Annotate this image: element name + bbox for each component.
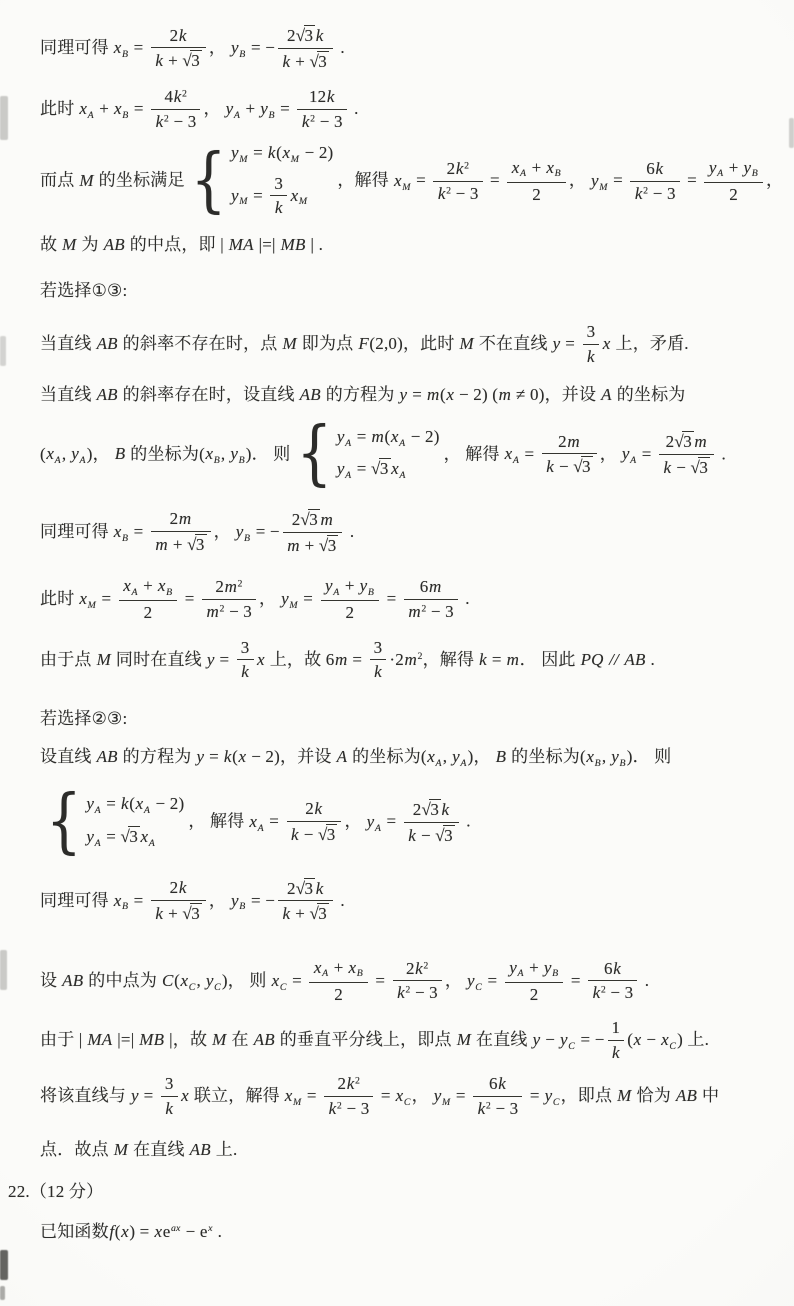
math-var: k (315, 26, 324, 45)
math-var: k (274, 198, 283, 217)
fraction: 2k2k2 − 3 (393, 959, 442, 1003)
page: 同理可得 xB = 2kk + √3， yB = −2√3kk + √3 .此时… (0, 0, 794, 1306)
math-var: x (284, 1086, 293, 1105)
math-var: x (393, 171, 402, 190)
numerator: 12k (297, 87, 346, 110)
math-var: AB (624, 650, 646, 669)
superscript: 2 (446, 185, 451, 196)
math-var: y (532, 1030, 541, 1049)
superscript: 2 (182, 88, 187, 99)
numerator: 6k (588, 959, 637, 982)
denominator: k2 − 3 (297, 110, 346, 132)
subscript: A (375, 823, 382, 834)
math-var: B (495, 747, 507, 766)
radical: √3 (296, 879, 316, 898)
subscript: M (442, 1097, 451, 1108)
math-var: m (694, 432, 707, 451)
denominator: k − √3 (659, 455, 714, 478)
math-var: x (257, 650, 266, 669)
math-var: AB (96, 747, 118, 766)
math-var: x (395, 1086, 404, 1105)
math-var: m (498, 385, 511, 404)
line-choose-2-3: 若选择②③: (40, 707, 776, 732)
math-var: x (113, 38, 122, 57)
radical-sign-icon: √ (674, 432, 682, 451)
fraction: xA + xB2 (119, 576, 178, 623)
fraction: yA + yB2 (505, 958, 564, 1005)
subscript: B (122, 533, 129, 544)
numerator: 2k (287, 799, 342, 822)
radical: √3 (318, 825, 338, 844)
line-sum-x-sum-y: 此时 xA + xB = 4k2k2 − 3， yA + yB = 12kk2 … (40, 88, 776, 132)
subscript: B (595, 758, 602, 769)
fraction: 2kk − √3 (287, 799, 342, 844)
fraction: yA + yB2 (321, 576, 380, 623)
radical: √3 (573, 457, 593, 476)
math-var: AB (103, 235, 125, 254)
denominator: 2 (321, 601, 380, 623)
numerator: 2m2 (202, 577, 256, 600)
fraction: yA + yB2 (704, 158, 763, 205)
math-var: y (205, 971, 214, 990)
radicand: 3 (195, 534, 207, 554)
math-var: k (437, 184, 446, 203)
math-var: y (543, 958, 552, 977)
radicand: 3 (327, 535, 339, 555)
subscript: A (258, 823, 265, 834)
subscript: A (520, 168, 527, 179)
math-var: x (79, 589, 88, 608)
math-var: C (162, 971, 175, 990)
math-var: x (154, 1222, 163, 1241)
subscript: B (122, 49, 129, 60)
math-var: x (180, 971, 189, 990)
superscript: 2 (238, 579, 243, 590)
radical: √3 (187, 535, 207, 554)
numerator: yA + yB (704, 158, 763, 183)
math-var: // (609, 650, 620, 669)
math-var: k (155, 51, 164, 70)
denominator: k (161, 1097, 178, 1119)
math-var: k (282, 904, 291, 923)
fraction: 2√3mk − √3 (659, 431, 714, 477)
subscript: A (131, 587, 138, 598)
math-var: M (617, 1086, 632, 1105)
math-var: x (113, 891, 122, 910)
math-var: PQ (580, 650, 604, 669)
subscript: M (239, 154, 248, 165)
math-var: k (655, 159, 664, 178)
math-var: MB (139, 1030, 165, 1049)
numerator: xA + xB (119, 576, 178, 601)
radical-sign-icon: √ (421, 800, 429, 819)
subscript: A (333, 587, 340, 598)
math-var: k (479, 650, 488, 669)
line-M-is-midpoint: 故 M 为 AB 的中点，即 | MA |=| MB | . (40, 233, 776, 258)
math-var: k (346, 1074, 355, 1093)
math-var: AB (253, 1030, 275, 1049)
radical-sign-icon: √ (435, 826, 443, 845)
radicand: 3 (317, 51, 329, 71)
numerator: 6k (630, 159, 679, 182)
line-solve-intersection: 将该直线与 y = 3kx 联立，解得 xM = 2k2k2 − 3 = xC，… (40, 1075, 776, 1119)
subscript: A (95, 838, 102, 849)
math-var: M (79, 171, 94, 190)
math-var: x (46, 444, 55, 463)
math-var: k (477, 1099, 486, 1118)
left-brace-icon: { (46, 790, 82, 853)
subscript: B (619, 758, 626, 769)
radical: √3 (435, 826, 455, 845)
subscript: A (630, 455, 637, 466)
math-var: k (328, 1099, 337, 1118)
radicand: 3 (698, 457, 710, 477)
scan-artifact-mark (0, 950, 7, 990)
subscript: A (717, 168, 724, 179)
math-var: y (230, 444, 239, 463)
subscript: B (368, 587, 375, 598)
fraction: 12kk2 − 3 (297, 87, 346, 131)
numerator: 3 (583, 322, 600, 345)
math-var: y (235, 522, 244, 541)
math-var: x (504, 444, 513, 463)
math-var: x (271, 971, 280, 990)
math-var: AB (189, 1140, 211, 1159)
superscript: 2 (421, 603, 426, 614)
subscript: B (239, 901, 246, 912)
radical: √3 (309, 52, 329, 71)
math-var: k (613, 959, 622, 978)
numerator: 2m (542, 432, 597, 455)
math-var: x (348, 958, 357, 977)
math-var: k (267, 143, 276, 162)
math-var: x (113, 522, 122, 541)
system-row: yA = m(xA − 2) (336, 427, 439, 450)
denominator: k − √3 (404, 823, 459, 846)
math-var: k (326, 87, 335, 106)
math-var: y (708, 158, 717, 177)
line-xB-yB-k: 同理可得 xB = 2kk + √3， yB = −2√3kk + √3 . (40, 26, 776, 72)
denominator: m2 − 3 (404, 600, 458, 622)
fraction: 1k (608, 1018, 625, 1062)
numerator: 1 (608, 1018, 625, 1041)
denominator: m2 − 3 (202, 600, 256, 622)
numerator: 2√3m (283, 509, 343, 533)
subscript: M (239, 196, 248, 207)
subscript: A (518, 968, 525, 979)
math-var: y (325, 576, 334, 595)
subscript: B (239, 455, 246, 466)
system-row: yA = √3xA (336, 458, 439, 482)
line-conclusion: 点．故点 M 在直线 AB 上. (40, 1138, 776, 1163)
denominator: k (583, 345, 600, 367)
subscript: C (280, 982, 288, 993)
subscript: M (293, 1097, 302, 1108)
math-var: m (426, 385, 439, 404)
fraction: 6kk2 − 3 (588, 959, 637, 1003)
fraction: 2kk + √3 (151, 26, 206, 71)
math-var: k (374, 662, 383, 681)
math-var: x (282, 143, 291, 162)
subscript: C (214, 982, 222, 993)
radical-sign-icon: √ (309, 52, 317, 71)
subscript: B (166, 587, 173, 598)
subscript: A (345, 470, 352, 481)
subscript: M (289, 600, 298, 611)
math-var: m (428, 577, 441, 596)
radical: √3 (309, 904, 329, 923)
document-body: 同理可得 xB = 2kk + √3， yB = −2√3kk + √3 .此时… (0, 26, 794, 1244)
subscript: C (404, 1097, 412, 1108)
math-var: m (408, 602, 421, 621)
math-var: y (433, 1086, 442, 1105)
line-C-midpoint: 设 AB 的中点为 C(xC, yC)， 则 xC = xA + xB2 = 2… (40, 959, 776, 1006)
denominator: 2 (119, 601, 178, 623)
numerator: 2k2 (324, 1074, 373, 1097)
radicand: 3 (304, 878, 316, 898)
system-rows: yA = k(xA − 2)yA = √3xA (86, 794, 185, 849)
fraction: 2mk − √3 (542, 432, 597, 477)
math-var: x (140, 827, 149, 846)
denominator: m + √3 (151, 532, 211, 555)
superscript: ax (170, 1223, 181, 1234)
denominator: m + √3 (283, 533, 343, 556)
line-problem-22-header: 22.（12 分） (8, 1180, 776, 1205)
numerator: 2√3k (278, 878, 333, 902)
superscript: 2 (220, 603, 225, 614)
subscript: B (122, 901, 129, 912)
subscript: A (144, 805, 151, 816)
radicand: 3 (190, 903, 202, 923)
fraction: xA + xB2 (507, 158, 566, 205)
radical-sign-icon: √ (296, 26, 304, 45)
superscript: 2 (423, 960, 428, 971)
math-var: y (71, 444, 80, 463)
fraction: 3k (370, 638, 387, 682)
denominator: k2 − 3 (151, 110, 200, 132)
line-xB-yB-k-again: 同理可得 xB = 2kk + √3， yB = −2√3kk + √3 . (40, 879, 776, 925)
subscript: A (399, 470, 406, 481)
line-system-k: {yA = k(xA − 2)yA = √3xA， 解得 xA = 2kk − … (40, 795, 776, 850)
numerator: 6k (473, 1074, 522, 1097)
denominator: k (370, 660, 387, 682)
subscript: C (475, 982, 483, 993)
numerator: 2√3m (659, 431, 714, 455)
subscript: M (291, 154, 300, 165)
math-var: y (560, 1030, 569, 1049)
math-var: x (586, 747, 595, 766)
subscript: A (80, 455, 87, 466)
left-brace-icon: { (297, 423, 333, 486)
superscript: 2 (464, 160, 469, 171)
radicand: 3 (326, 824, 338, 844)
subscript: M (88, 600, 97, 611)
numerator: 2m (151, 509, 211, 532)
fraction: 6kk2 − 3 (473, 1074, 522, 1118)
superscript: 2 (643, 185, 648, 196)
math-var: x (391, 459, 400, 478)
math-var: A (336, 747, 348, 766)
subscript: C (553, 1097, 561, 1108)
math-var: k (155, 904, 164, 923)
math-var: m (404, 650, 417, 669)
math-var: k (223, 747, 232, 766)
math-var: m (371, 427, 384, 446)
radical: √3 (296, 26, 316, 45)
numerator: 2k (151, 26, 206, 49)
system-row: yM = 3kxM (231, 175, 334, 219)
numerator: 2√3k (404, 799, 459, 823)
superscript: 2 (405, 985, 410, 996)
fraction: 3k (161, 1074, 178, 1118)
subscript: B (244, 533, 251, 544)
math-var: k (498, 1074, 507, 1093)
math-var: y (336, 427, 345, 446)
line-k-equals-m: 由于点 M 同时在直线 y = 3kx 上，故 6m = 3k·2m2，解得 k… (40, 639, 776, 683)
fraction: 4k2k2 − 3 (151, 87, 200, 131)
subscript: C (189, 982, 197, 993)
math-var: MA (87, 1030, 113, 1049)
scan-artifact-mark (0, 96, 8, 140)
math-var: y (206, 650, 215, 669)
math-var: M (212, 1030, 227, 1049)
math-var: k (455, 159, 464, 178)
scan-artifact-mark (0, 336, 6, 366)
math-var: x (390, 427, 399, 446)
math-var: M (459, 334, 474, 353)
math-var: M (62, 235, 77, 254)
subscript: B (214, 455, 221, 466)
numerator: 3 (161, 1074, 178, 1097)
math-var: MA (228, 235, 254, 254)
math-var: AB (299, 385, 321, 404)
math-var: m (224, 577, 237, 596)
math-var: M (282, 334, 297, 353)
radical-sign-icon: √ (296, 879, 304, 898)
numerator: 3 (237, 638, 254, 661)
fraction: 2√3kk + √3 (278, 878, 333, 924)
math-var: x (135, 794, 144, 813)
math-var: x (181, 1086, 190, 1105)
denominator: k2 − 3 (393, 981, 442, 1003)
denominator: k2 − 3 (630, 182, 679, 204)
math-var: y (336, 459, 345, 478)
math-var: k (634, 184, 643, 203)
math-var: y (366, 812, 375, 831)
subscript: M (299, 196, 308, 207)
fraction: 3k (237, 638, 254, 682)
denominator: k2 − 3 (433, 182, 482, 204)
subscript: A (460, 758, 467, 769)
math-var: k (173, 87, 182, 106)
radicand: 3 (581, 456, 593, 476)
radical: √3 (300, 510, 320, 529)
radical-sign-icon: √ (309, 904, 317, 923)
math-var: k (408, 826, 417, 845)
radical: √3 (121, 827, 141, 846)
math-var: y (552, 334, 561, 353)
radicand: 3 (379, 458, 391, 478)
equation-system: {yA = k(xA − 2)yA = √3xA (46, 794, 184, 849)
numerator: 2k2 (433, 159, 482, 182)
math-var: F (358, 334, 370, 353)
math-var: m (320, 510, 333, 529)
math-var: x (313, 958, 322, 977)
line-perpendicular-bisector: 由于 | MA |=| MB |，故 M 在 AB 的垂直平分线上，即点 M 在… (40, 1019, 776, 1063)
denominator: k − √3 (542, 454, 597, 477)
scan-artifact-mark (789, 118, 794, 148)
radical: √3 (182, 51, 202, 70)
math-var: k (241, 662, 250, 681)
math-var: y (467, 971, 476, 990)
math-var: k (587, 347, 596, 366)
subscript: A (345, 438, 352, 449)
superscript: 2 (355, 1076, 360, 1087)
fraction: 2kk + √3 (151, 878, 206, 923)
denominator: k2 − 3 (588, 981, 637, 1003)
math-var: k (314, 799, 323, 818)
radical-sign-icon: √ (187, 535, 195, 554)
numerator: xA + xB (507, 158, 566, 183)
equation-system: {yM = k(xM − 2)yM = 3kxM (191, 143, 334, 219)
math-var: y (743, 158, 752, 177)
radical-sign-icon: √ (319, 536, 327, 555)
math-var: k (178, 26, 187, 45)
subscript: M (402, 182, 411, 193)
radicand: 3 (317, 903, 329, 923)
math-var: MB (280, 235, 306, 254)
line-choose-1-3: 若选择①③: (40, 279, 776, 304)
radicand: 3 (443, 825, 455, 845)
subscript: C (669, 1041, 677, 1052)
subscript: A (322, 968, 329, 979)
superscript: 2 (601, 985, 606, 996)
radicand: 3 (682, 431, 694, 451)
fraction: 2mm + √3 (151, 509, 211, 554)
scan-artifact-mark (0, 1286, 5, 1300)
math-var: k (155, 112, 164, 131)
math-var: k (282, 52, 291, 71)
math-var: m (155, 535, 168, 554)
math-var: k (291, 825, 300, 844)
fraction: xA + xB2 (309, 958, 368, 1005)
math-var: k (612, 1043, 621, 1062)
math-var: x (546, 158, 555, 177)
radical: √3 (371, 459, 391, 478)
math-var: y (231, 38, 240, 57)
math-var: x (511, 158, 520, 177)
math-var: x (602, 334, 611, 353)
math-var: AB (96, 334, 118, 353)
math-var: x (157, 576, 166, 595)
system-row: yA = k(xA − 2) (86, 794, 185, 817)
subscript: A (399, 438, 406, 449)
math-var: x (114, 99, 123, 118)
math-var: m (334, 650, 347, 669)
math-var: x (427, 747, 436, 766)
radical: √3 (319, 536, 339, 555)
math-var: m (567, 432, 580, 451)
system-rows: yA = m(xA − 2)yA = √3xA (336, 427, 439, 482)
math-var: k (178, 878, 187, 897)
superscript: x (208, 1223, 214, 1234)
radical-sign-icon: √ (182, 51, 190, 70)
numerator: xA + xB (309, 958, 368, 983)
math-var: M (96, 650, 111, 669)
radical-sign-icon: √ (121, 827, 129, 846)
line-slope-exists: 当直线 AB 的斜率存在时，设直线 AB 的方程为 y = m(x − 2) (… (40, 383, 776, 408)
math-var: M (113, 1140, 128, 1159)
